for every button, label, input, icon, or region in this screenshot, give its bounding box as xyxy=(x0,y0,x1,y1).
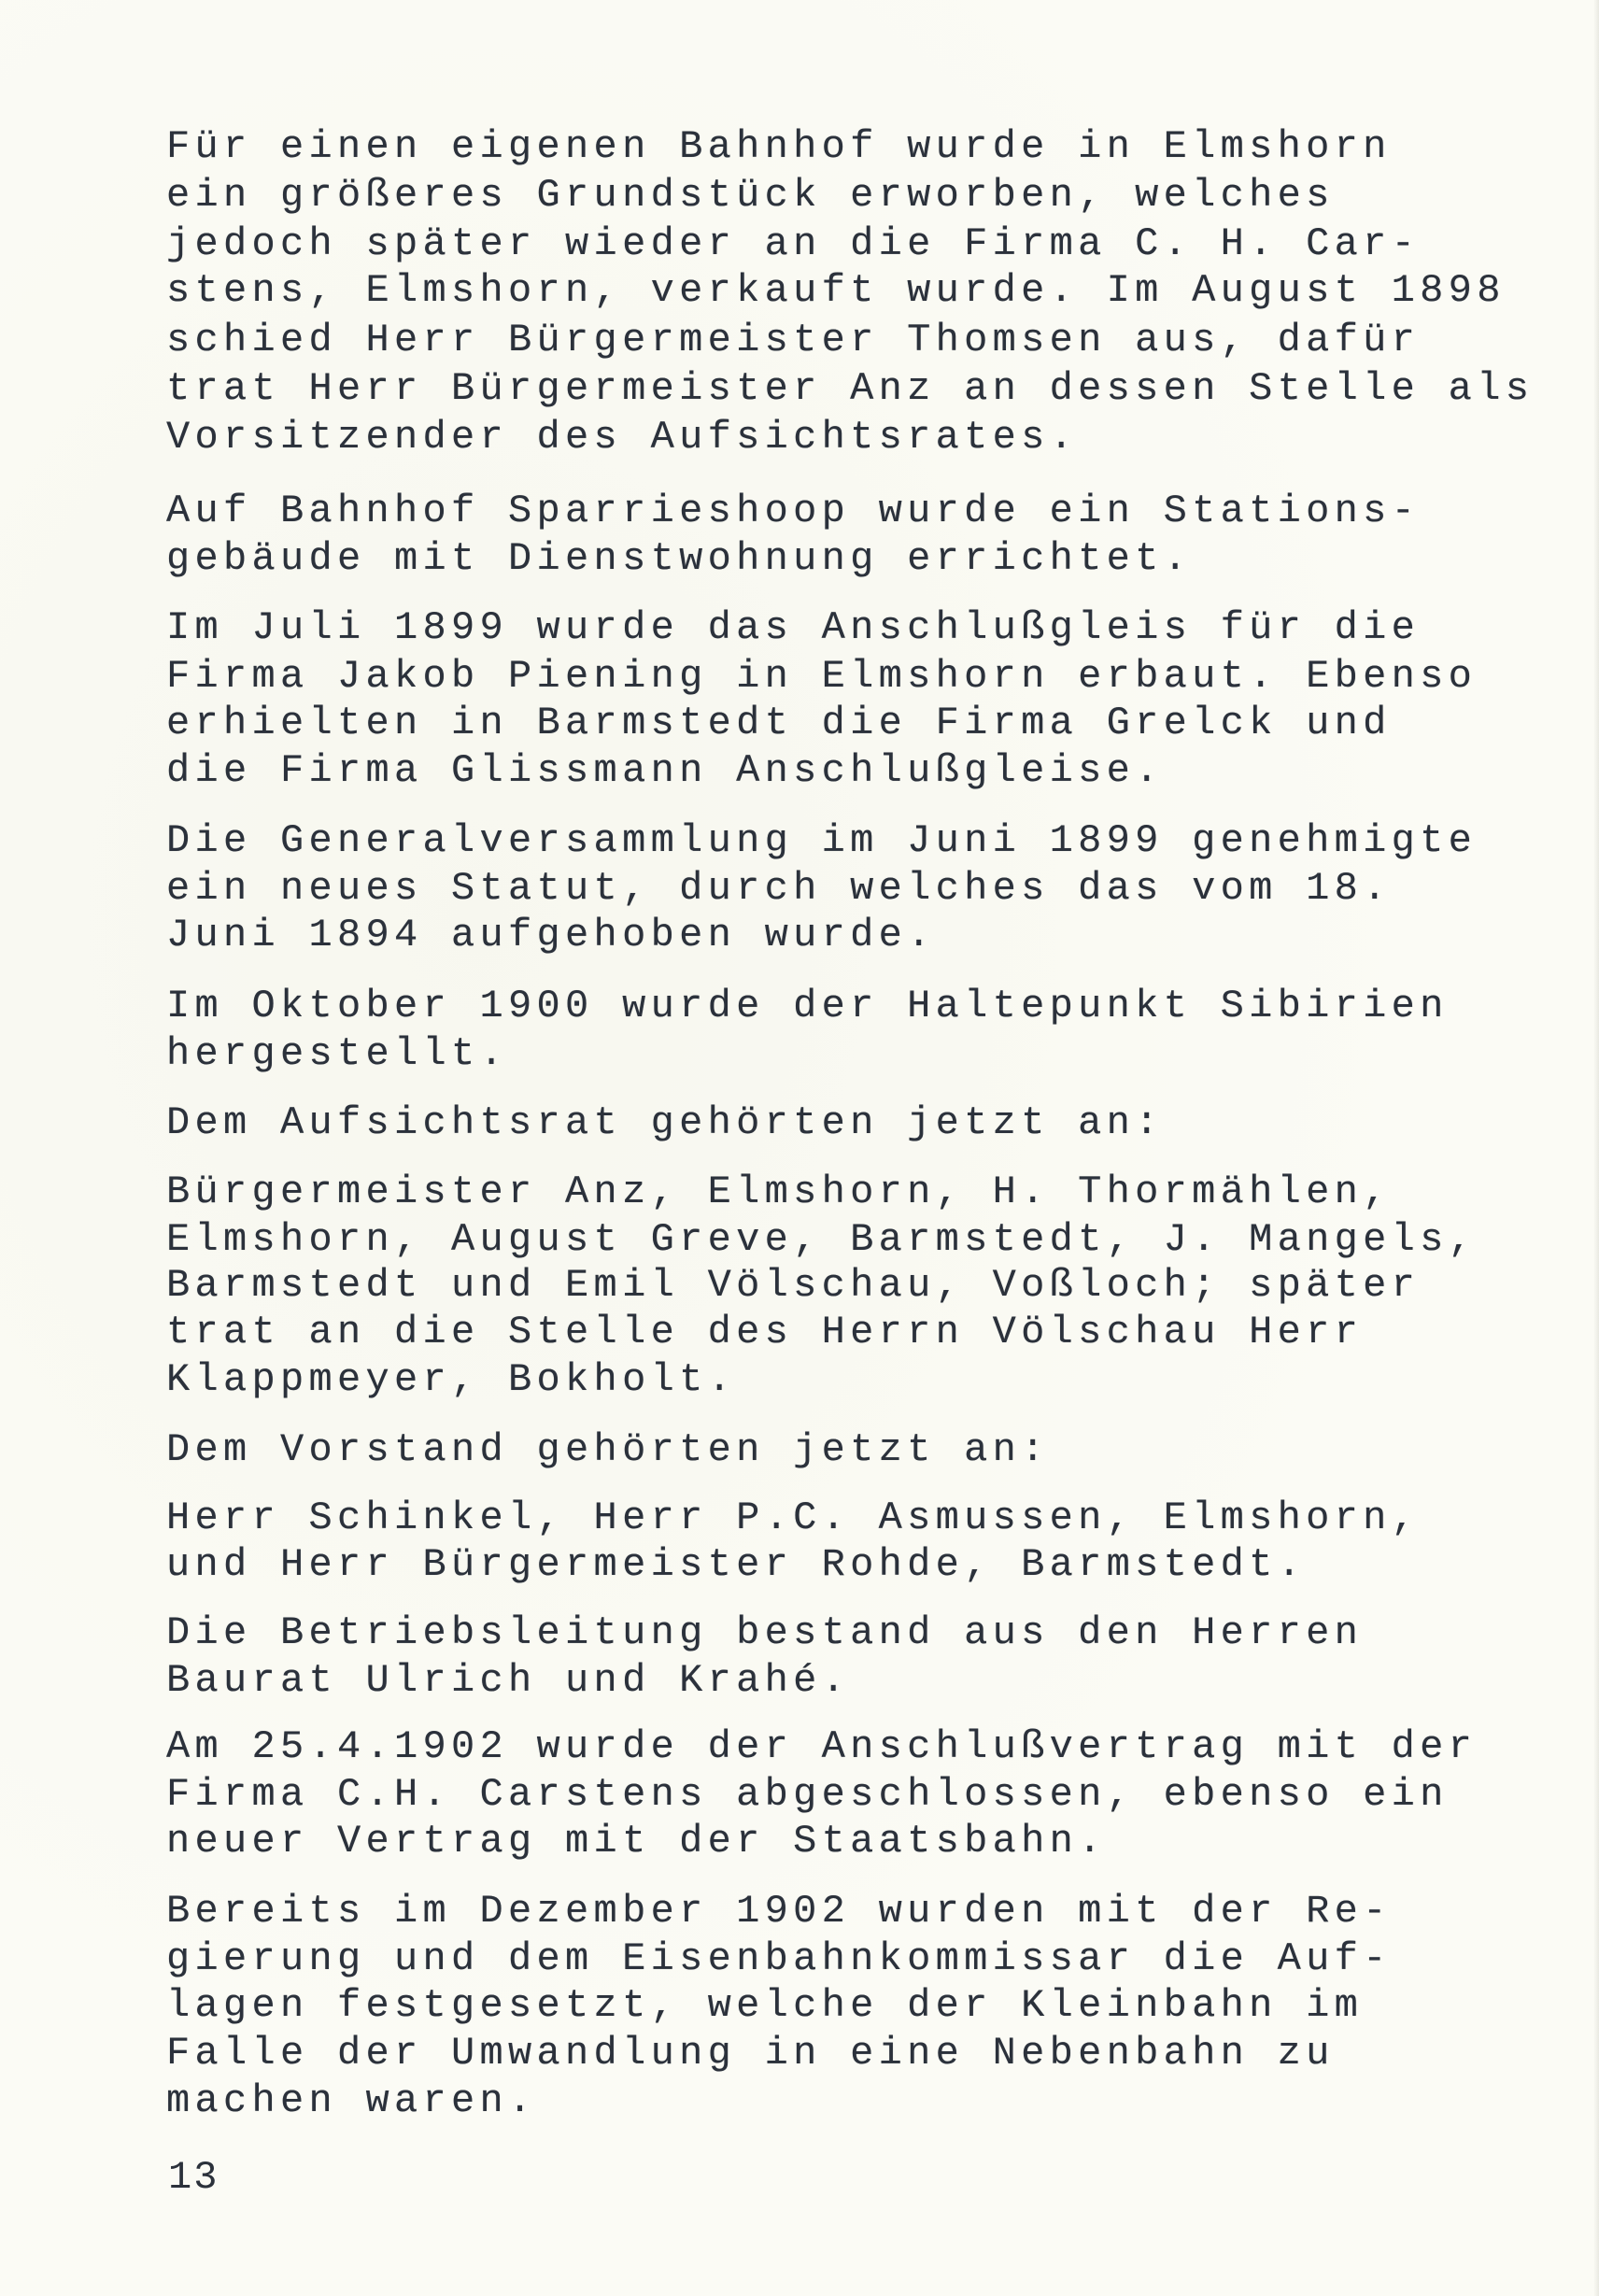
text-line: Firma Jakob Piening in Elmshorn erbaut. … xyxy=(166,657,1477,696)
text-line: machen waren. xyxy=(166,2081,537,2120)
text-line: Dem Aufsichtsrat gehörten jetzt an: xyxy=(166,1103,1164,1142)
text-line: Herr Schinkel, Herr P.C. Asmussen, Elmsh… xyxy=(166,1498,1420,1538)
text-line: Am 25.4.1902 wurde der Anschlußvertrag m… xyxy=(166,1727,1477,1766)
text-line: schied Herr Bürgermeister Thomsen aus, d… xyxy=(166,320,1420,360)
text-line: Bürgermeister Anz, Elmshorn, H. Thormähl… xyxy=(166,1172,1392,1212)
text-line: neuer Vertrag mit der Staatsbahn. xyxy=(166,1821,1107,1861)
text-line: Firma C.H. Carstens abgeschlossen, ebens… xyxy=(166,1775,1449,1814)
text-line: jedoch später wieder an die Firma C. H. … xyxy=(166,224,1420,263)
text-line: Bereits im Dezember 1902 wurden mit der … xyxy=(166,1892,1392,1931)
text-line: Juni 1894 aufgehoben wurde. xyxy=(166,915,936,955)
text-line: ein größeres Grundstück erworben, welche… xyxy=(166,176,1335,215)
text-line: Im Juli 1899 wurde das Anschlußgleis für… xyxy=(166,608,1420,647)
text-line: Vorsitzender des Aufsichtsrates. xyxy=(166,418,1078,457)
text-line: Für einen eigenen Bahnhof wurde in Elmsh… xyxy=(166,127,1392,166)
text-line: Klappmeyer, Bokholt. xyxy=(166,1360,736,1399)
text-line: gebäude mit Dienstwohnung errichtet. xyxy=(166,539,1192,578)
text-line: hergestellt. xyxy=(166,1034,508,1073)
text-line: erhielten in Barmstedt die Firma Grelck … xyxy=(166,703,1392,743)
page-number: 13 xyxy=(168,2155,219,2200)
text-line: trat Herr Bürgermeister Anz an dessen St… xyxy=(166,369,1534,408)
text-line: Die Generalversammlung im Juni 1899 gene… xyxy=(166,821,1477,860)
text-line: Dem Vorstand gehörten jetzt an: xyxy=(166,1430,1050,1469)
page-edge-shadow xyxy=(1593,0,1599,2296)
text-line: und Herr Bürgermeister Rohde, Barmstedt. xyxy=(166,1545,1306,1584)
text-line: Falle der Umwandlung in eine Nebenbahn z… xyxy=(166,2034,1335,2073)
text-line: stens, Elmshorn, verkauft wurde. Im Augu… xyxy=(166,271,1506,310)
text-line: trat an die Stelle des Herrn Völschau He… xyxy=(166,1312,1363,1352)
text-line: Die Betriebsleitung bestand aus den Herr… xyxy=(166,1613,1363,1652)
text-line: Barmstedt und Emil Völschau, Voßloch; sp… xyxy=(166,1266,1420,1305)
text-line: gierung und dem Eisenbahnkommissar die A… xyxy=(166,1939,1392,1978)
document-page: Für einen eigenen Bahnhof wurde in Elmsh… xyxy=(0,0,1599,2296)
text-line: lagen festgesetzt, welche der Kleinbahn … xyxy=(166,1986,1363,2025)
text-line: ein neues Statut, durch welches das vom … xyxy=(166,869,1392,908)
text-line: Auf Bahnhof Sparrieshoop wurde ein Stati… xyxy=(166,491,1420,531)
text-line: Im Oktober 1900 wurde der Haltepunkt Sib… xyxy=(166,986,1449,1026)
text-line: die Firma Glissmann Anschlußgleise. xyxy=(166,751,1164,790)
text-line: Elmshorn, August Greve, Barmstedt, J. Ma… xyxy=(166,1220,1477,1259)
text-line: Baurat Ulrich und Krahé. xyxy=(166,1661,850,1700)
